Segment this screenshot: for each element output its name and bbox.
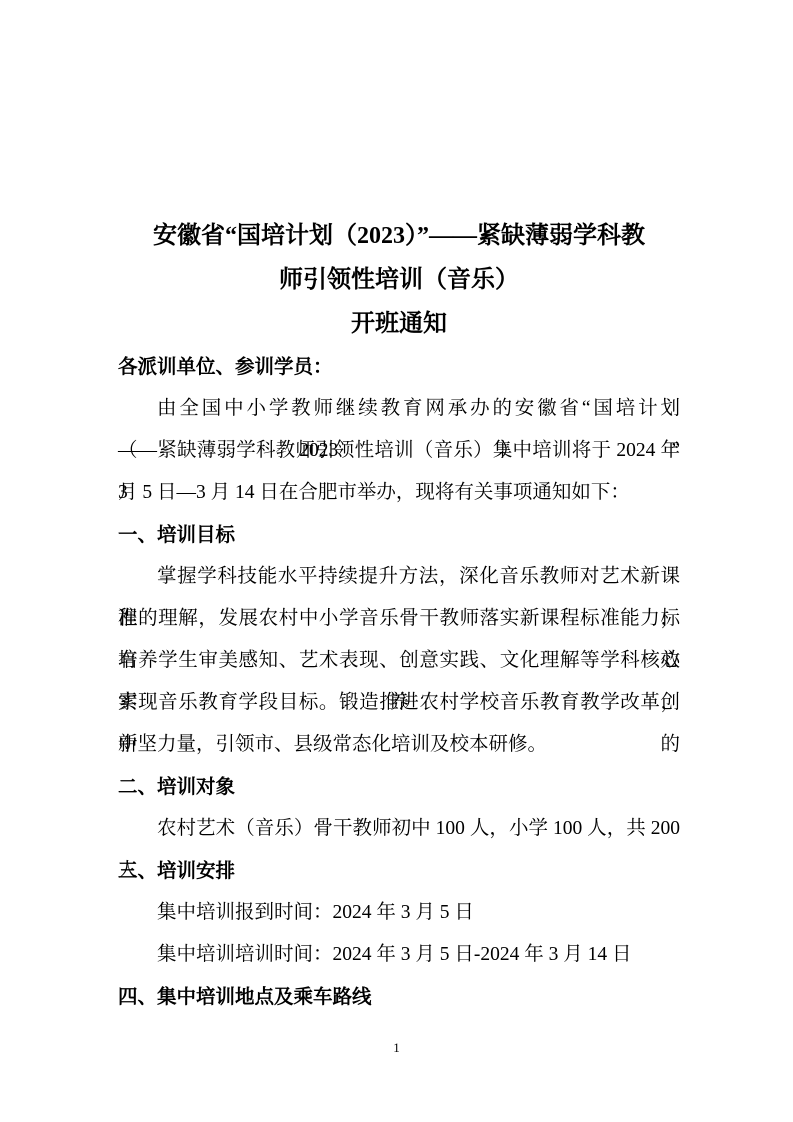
body-line: 农村艺术（音乐）骨干教师初中 100 人，小学 100 人，共 200 人 <box>118 808 680 850</box>
page-number: 1 <box>0 1039 793 1057</box>
body-line: 准的理解，发展农村中小学音乐骨干教师落实新课程标准能力，有效 <box>118 598 680 640</box>
intro-line: 由全国中小学教师继续教育网承办的安徽省“国培计划（2023）” <box>118 388 680 430</box>
intro-line: 月 5 日—3 月 14 日在合肥市举办，现将有关事项通知如下： <box>118 472 680 514</box>
body-line: 培养学生审美感知、艺术表现、创意实践、文化理解等学科核心素养， <box>118 640 680 682</box>
document-title-line: 安徽省“国培计划（2023）”——紧缺薄弱学科教 <box>118 214 680 258</box>
salutation: 各派训单位、参训学员： <box>118 346 680 388</box>
section-heading-training-audience: 二、培训对象 <box>118 766 680 808</box>
body-line: 集中培训报到时间：2024 年 3 月 5 日 <box>118 892 680 934</box>
body-line: 集中培训培训时间：2024 年 3 月 5 日-2024 年 3 月 14 日 <box>118 934 680 976</box>
document-page: 安徽省“国培计划（2023）”——紧缺薄弱学科教 师引领性培训（音乐） 开班通知… <box>0 0 793 1122</box>
body-line: 掌握学科技能水平持续提升方法，深化音乐教师对艺术新课程标 <box>118 556 680 598</box>
body-line: 实现音乐教育学段目标。锻造推进农村学校音乐教育教学改革创新的 <box>118 682 680 724</box>
section-heading-training-goals: 一、培训目标 <box>118 514 680 556</box>
intro-line: ——紧缺薄弱学科教师引领性培训（音乐）集中培训将于 2024 年 3 <box>118 430 680 472</box>
document-content: 安徽省“国培计划（2023）”——紧缺薄弱学科教 师引领性培训（音乐） 开班通知… <box>118 214 680 1018</box>
document-title-line: 开班通知 <box>118 302 680 346</box>
section-heading-location-routes: 四、集中培训地点及乘车路线 <box>118 976 680 1018</box>
document-title-line: 师引领性培训（音乐） <box>118 258 680 302</box>
section-heading-training-schedule: 三、培训安排 <box>118 850 680 892</box>
